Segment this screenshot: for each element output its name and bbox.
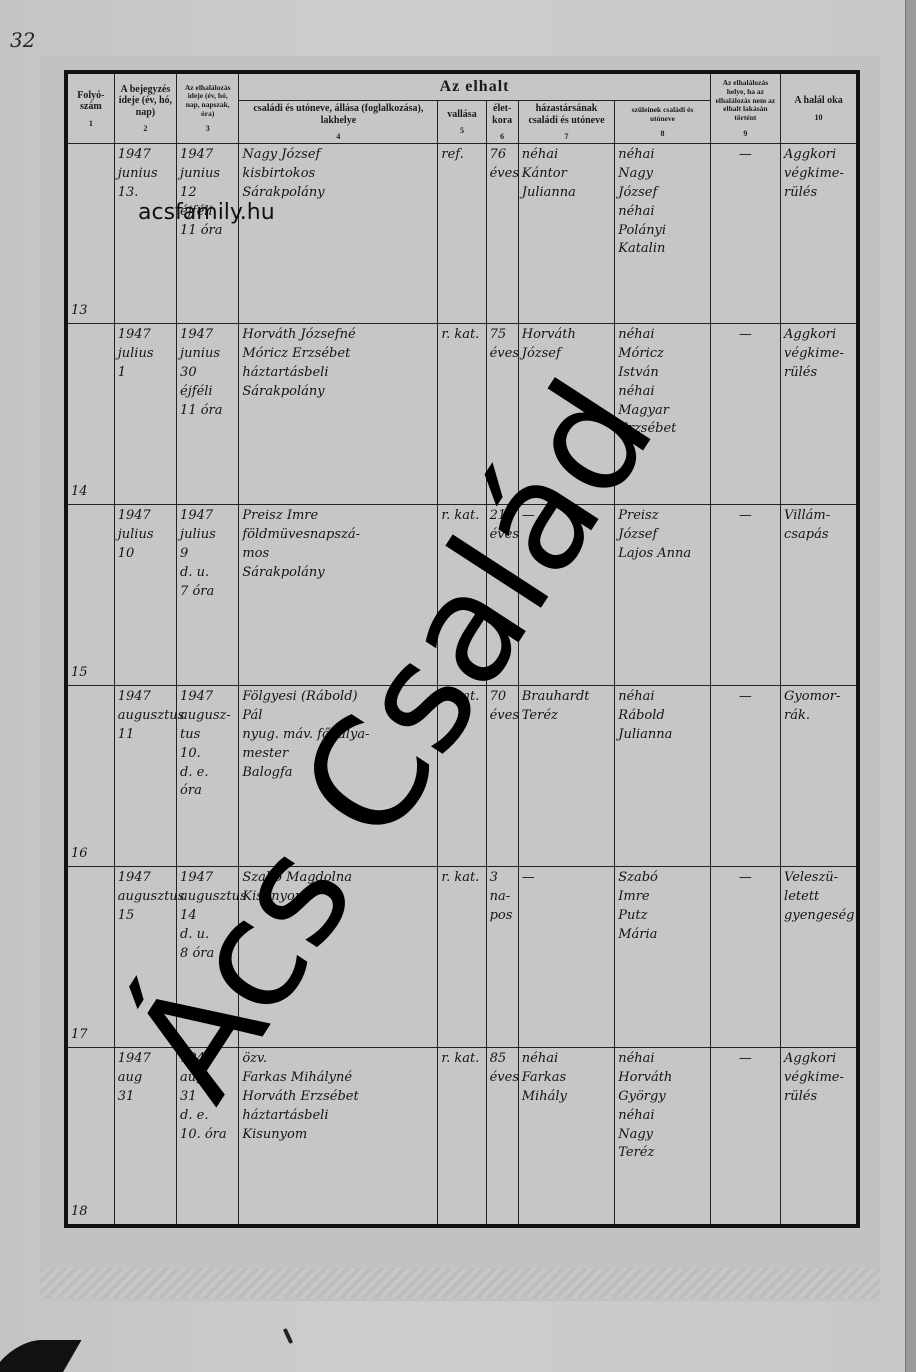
parents-names-cell: néhaiNagyJózsefnéhaiPolányiKatalin xyxy=(615,144,710,324)
deceased-name-occupation-residence-line: Kisunyom xyxy=(242,1126,434,1145)
spouse-name-line: Teréz xyxy=(522,707,611,726)
entry-date-line: 31 xyxy=(118,1088,173,1107)
cause-of-death-line: rülés xyxy=(784,184,853,203)
col-5-header: vallása5 xyxy=(438,101,486,144)
cause-of-death-cell: Gyomor-rák. xyxy=(781,686,858,867)
parents-names-line: Nagy xyxy=(618,1126,706,1145)
parents-names-line: néhai xyxy=(618,688,706,707)
serial-number-cell: 15 xyxy=(66,505,114,686)
cause-of-death-line: Villám- xyxy=(784,507,853,526)
religion-cell: ref. xyxy=(438,144,486,324)
age-line: pos xyxy=(490,907,515,926)
book-binding-edge xyxy=(905,0,916,1372)
parents-names-line: néhai xyxy=(618,203,706,222)
deceased-name-occupation-residence-line: háztartásbeli xyxy=(242,364,434,383)
spouse-name-line: néhai xyxy=(522,146,611,165)
cause-of-death-line: végkime- xyxy=(784,1069,853,1088)
death-date-line: óra xyxy=(180,782,235,801)
parents-names-line: néhai xyxy=(618,1050,706,1069)
religion-cell: r. kat. xyxy=(438,1048,486,1227)
parents-names-line: néhai xyxy=(618,383,706,402)
cause-of-death-cell: Veleszü-letettgyengeség xyxy=(781,867,858,1048)
place-of-death-cell: — xyxy=(710,505,780,686)
age-cell: 76éves xyxy=(486,144,518,324)
death-date-line: 7 óra xyxy=(180,583,235,602)
parents-names-line: Nagy xyxy=(618,165,706,184)
deceased-group-header: Az elhalt xyxy=(239,72,710,101)
entry-date-line: 15 xyxy=(118,907,173,926)
cause-of-death-line: gyengeség xyxy=(784,907,853,926)
cause-of-death-line: Veleszü- xyxy=(784,869,853,888)
cause-of-death-line: Aggkori xyxy=(784,326,853,345)
place-of-death-cell: — xyxy=(710,867,780,1048)
death-date-line: éjféli xyxy=(180,383,235,402)
death-date-line: junius xyxy=(180,165,235,184)
place-of-death-cell: — xyxy=(710,1048,780,1227)
place-of-death-cell: — xyxy=(710,144,780,324)
place-of-death-cell: — xyxy=(710,686,780,867)
death-date-cell: 1947julius9d. u.7 óra xyxy=(177,505,239,686)
serial-number-cell: 14 xyxy=(66,324,114,505)
register-row: 131947junius13.1947junius12éjféli11 óraN… xyxy=(66,144,858,324)
cause-of-death-line: végkime- xyxy=(784,165,853,184)
entry-date-line: 1947 xyxy=(118,688,173,707)
cause-of-death-line: letett xyxy=(784,888,853,907)
parents-names-cell: néhaiRáboldJulianna xyxy=(615,686,710,867)
parents-names-line: Teréz xyxy=(618,1144,706,1163)
death-date-line: junius xyxy=(180,345,235,364)
place-of-death-cell: — xyxy=(710,324,780,505)
cause-of-death-line: rülés xyxy=(784,364,853,383)
col-2-header: A bejegyzés ideje (év, hó, nap)2 xyxy=(114,72,176,144)
spouse-name-line: Horváth xyxy=(522,326,611,345)
parents-names-line: György xyxy=(618,1088,706,1107)
death-date-line: 9 xyxy=(180,545,235,564)
cause-of-death-line: Aggkori xyxy=(784,1050,853,1069)
entry-date-cell: 1947augusztus11 xyxy=(114,686,176,867)
deceased-name-occupation-residence-cell: Horváth JózsefnéMóricz Erzsébetháztartás… xyxy=(239,324,438,505)
parents-names-line: Szabó xyxy=(618,869,706,888)
death-date-line: 30 xyxy=(180,364,235,383)
cause-of-death-cell: Villám-csapás xyxy=(781,505,858,686)
spouse-name-line: Julianna xyxy=(522,184,611,203)
deceased-name-occupation-residence-line: kisbirtokos xyxy=(242,165,434,184)
header-row-group: Folyó-szám1 A bejegyzés ideje (év, hó, n… xyxy=(66,72,858,101)
spouse-name-cell: BrauhardtTeréz xyxy=(518,686,614,867)
spouse-name-cell: néhaiFarkasMihály xyxy=(518,1048,614,1227)
serial-number-cell: 13 xyxy=(66,144,114,324)
deceased-name-occupation-residence-line: Horváth Józsefné xyxy=(242,326,434,345)
cause-of-death-line: rák. xyxy=(784,707,853,726)
spouse-name-line: néhai xyxy=(522,1050,611,1069)
page-number: 32 xyxy=(10,28,35,52)
cause-of-death-cell: Aggkorivégkime-rülés xyxy=(781,1048,858,1227)
deceased-name-occupation-residence-cell: Nagy JózsefkisbirtokosSárakpolány xyxy=(239,144,438,324)
death-date-line: 1947 xyxy=(180,507,235,526)
parents-names-line: Putz xyxy=(618,907,706,926)
entry-date-cell: 1947julius10 xyxy=(114,505,176,686)
deceased-name-occupation-residence-line: háztartásbeli xyxy=(242,1107,434,1126)
deceased-name-occupation-residence-line: Móricz Erzsébet xyxy=(242,345,434,364)
age-line: 75 xyxy=(490,326,515,345)
parents-names-line: József xyxy=(618,184,706,203)
death-date-cell: 1947junius30éjféli11 óra xyxy=(177,324,239,505)
spouse-name-cell: — xyxy=(518,867,614,1048)
entry-date-line: augusztus xyxy=(118,888,173,907)
entry-date-line: 1947 xyxy=(118,869,173,888)
death-date-line: 10. xyxy=(180,745,235,764)
parents-names-cell: néhaiHorváthGyörgynéhaiNagyTeréz xyxy=(615,1048,710,1227)
death-date-line: julius xyxy=(180,526,235,545)
death-date-line: d. e. xyxy=(180,764,235,783)
guilloche-border xyxy=(40,1268,880,1298)
entry-date-cell: 1947julius1 xyxy=(114,324,176,505)
parents-names-line: Horváth xyxy=(618,1069,706,1088)
death-date-line: 1947 xyxy=(180,146,235,165)
age-line: 85 xyxy=(490,1050,515,1069)
age-line: éves xyxy=(490,345,515,364)
entry-date-line: julius xyxy=(118,526,173,545)
parents-names-line: néhai xyxy=(618,146,706,165)
spouse-name-line: Farkas xyxy=(522,1069,611,1088)
parents-names-line: néhai xyxy=(618,1107,706,1126)
spouse-name-line: Brauhardt xyxy=(522,688,611,707)
age-line: na- xyxy=(490,888,515,907)
spouse-name-line: Mihály xyxy=(522,1088,611,1107)
watermark-url: acsfamily.hu xyxy=(138,200,275,225)
entry-date-line: augusztus xyxy=(118,707,173,726)
deceased-name-occupation-residence-line: Nagy József xyxy=(242,146,434,165)
col-10-header: A halál oka10 xyxy=(781,72,858,144)
cause-of-death-line: végkime- xyxy=(784,345,853,364)
col-8-header: szüleinek családi és utóneve8 xyxy=(615,101,710,144)
deceased-name-occupation-residence-line: Sárakpolány xyxy=(242,383,434,402)
entry-date-cell: 1947junius13. xyxy=(114,144,176,324)
death-date-line: 11 óra xyxy=(180,402,235,421)
parents-names-line: Mária xyxy=(618,926,706,945)
col-1-header: Folyó-szám1 xyxy=(66,72,114,144)
col-9-header: Az elhalálozás helye, ha az elhalálozás … xyxy=(710,72,780,144)
age-line: éves xyxy=(490,1069,515,1088)
age-cell: 3na-pos xyxy=(486,867,518,1048)
parents-names-line: Katalin xyxy=(618,240,706,259)
death-date-line: 10. óra xyxy=(180,1126,235,1145)
death-date-line: 1947 xyxy=(180,326,235,345)
col-7-header: házastársának családi és utóneve7 xyxy=(518,101,614,144)
entry-date-line: 1947 xyxy=(118,326,173,345)
cause-of-death-cell: Aggkorivégkime-rülés xyxy=(781,324,858,505)
cause-of-death-line: Aggkori xyxy=(784,146,853,165)
cause-of-death-line: csapás xyxy=(784,526,853,545)
deceased-name-occupation-residence-line: Preisz Imre xyxy=(242,507,434,526)
col-4-header: családi és utóneve, állása (foglalkozása… xyxy=(239,101,438,144)
spouse-name-cell: néhaiKántorJulianna xyxy=(518,144,614,324)
col-3-header: Az elhalálozás ideje (év, hó, nap, napsz… xyxy=(177,72,239,144)
entry-date-line: 1947 xyxy=(118,507,173,526)
parents-names-line: Imre xyxy=(618,888,706,907)
parents-names-line: Rábold xyxy=(618,707,706,726)
death-date-cell: 1947junius12éjféli11 óra xyxy=(177,144,239,324)
religion-cell: r. kat. xyxy=(438,867,486,1048)
entry-date-line: 11 xyxy=(118,726,173,745)
parents-names-line: néhai xyxy=(618,326,706,345)
spouse-name-line: — xyxy=(522,869,611,888)
entry-date-line: julius xyxy=(118,345,173,364)
age-line: éves xyxy=(490,165,515,184)
age-line: 3 xyxy=(490,869,515,888)
serial-number-cell: 16 xyxy=(66,686,114,867)
death-date-line: 1947 xyxy=(180,688,235,707)
col-6-header: élet-kora6 xyxy=(486,101,518,144)
parents-names-line: Julianna xyxy=(618,726,706,745)
entry-date-line: 1 xyxy=(118,364,173,383)
spouse-name-line: Kántor xyxy=(522,165,611,184)
death-date-line: d. u. xyxy=(180,564,235,583)
deceased-name-occupation-residence-line: Horváth Erzsébet xyxy=(242,1088,434,1107)
entry-date-line: junius xyxy=(118,165,173,184)
cause-of-death-line: rülés xyxy=(784,1088,853,1107)
parents-names-line: Lajos Anna xyxy=(618,545,706,564)
parents-names-line: Polányi xyxy=(618,222,706,241)
parents-names-cell: SzabóImrePutzMária xyxy=(615,867,710,1048)
cause-of-death-cell: Aggkorivégkime-rülés xyxy=(781,144,858,324)
cause-of-death-line: Gyomor- xyxy=(784,688,853,707)
age-cell: 85éves xyxy=(486,1048,518,1227)
death-date-line: tus xyxy=(180,726,235,745)
deceased-name-occupation-residence-line: földmüvesnapszá- xyxy=(242,526,434,545)
entry-date-line: 10 xyxy=(118,545,173,564)
age-line: 76 xyxy=(490,146,515,165)
serial-number-cell: 18 xyxy=(66,1048,114,1227)
parents-names-line: Móricz xyxy=(618,345,706,364)
parents-names-line: István xyxy=(618,364,706,383)
entry-date-line: 1947 xyxy=(118,146,173,165)
death-date-line: augusz- xyxy=(180,707,235,726)
